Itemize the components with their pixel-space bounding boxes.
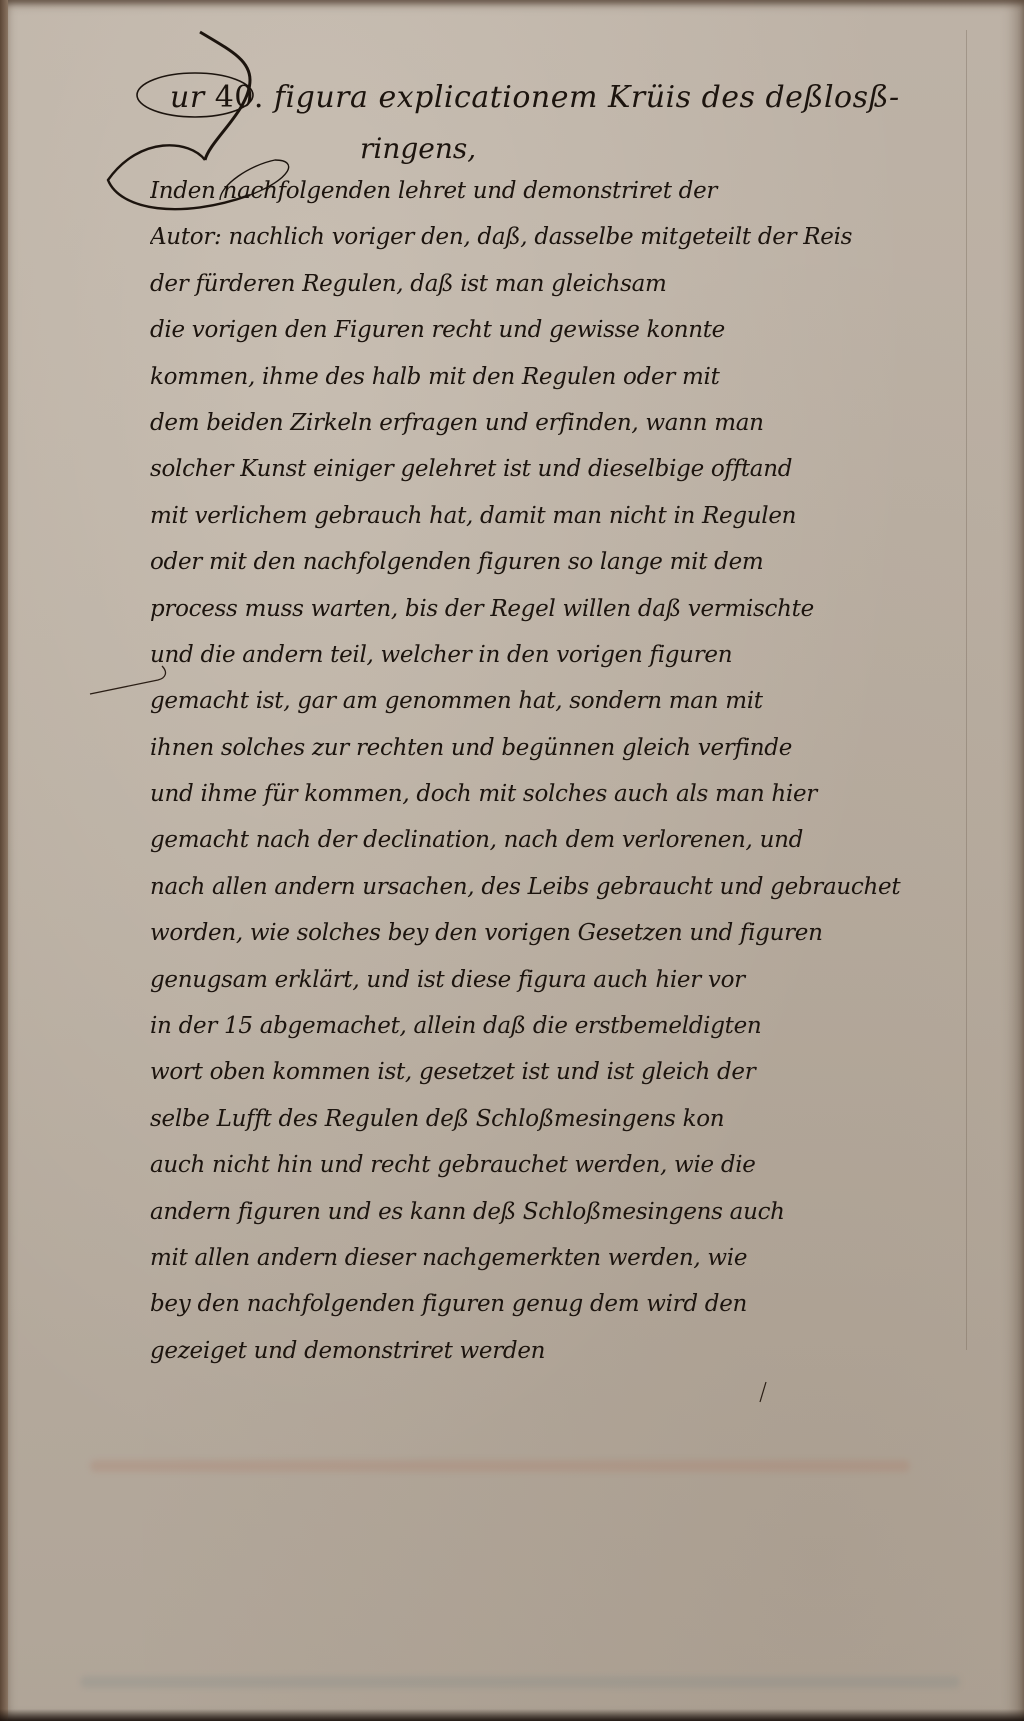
closing-stroke-mark [758,1380,768,1404]
water-stain [90,1460,910,1472]
text-line: dem beiden Zirkeln erfragen und erfinden… [150,400,970,446]
text-line: mit allen andern dieser nachgemerkten we… [150,1235,970,1281]
heading-continuation: ringens, [360,132,476,165]
heading-prefix: ur [170,80,215,115]
text-line: und die andern teil, welcher in den vori… [150,632,970,678]
text-line: auch nicht hin und recht gebrauchet werd… [150,1142,970,1188]
margin-pen-stroke [88,660,178,700]
text-line: andern figuren und es kann deß Schloßmes… [150,1189,970,1235]
text-line: oder mit den nachfolgenden figuren so la… [150,539,970,585]
text-line: ihnen solches zur rechten und begünnen g… [150,725,970,771]
figure-number: 40. [215,80,264,115]
text-line: nach allen andern ursachen, des Leibs ge… [150,864,970,910]
text-line: in der 15 abgemachet, allein daß die ers… [150,1003,970,1049]
text-line: mit verlichem gebrauch hat, damit man ni… [150,493,970,539]
text-line: bey den nachfolgenden figuren genug dem … [150,1281,970,1327]
text-line: die vorigen den Figuren recht und gewiss… [150,307,970,353]
page-bottom-edge [0,1709,1024,1721]
text-line: kommen, ihme des halb mit den Regulen od… [150,354,970,400]
text-line: process muss warten, bis der Regel wille… [150,586,970,632]
text-line: solcher Kunst einiger gelehret ist und d… [150,446,970,492]
heading-text: figura explicationem Krüis des deßlosß- [264,80,900,115]
text-line: Inden nachfolgenden lehret und demonstri… [150,168,970,214]
text-line: worden, wie solches bey den vorigen Gese… [150,910,970,956]
text-line: Autor: nachlich voriger den, daß, dassel… [150,214,970,260]
manuscript-page: ur 40. figura explicationem Krüis des de… [0,0,1024,1721]
page-heading: ur 40. figura explicationem Krüis des de… [170,80,950,115]
water-stain [80,1676,960,1688]
text-line: wort oben kommen ist, gesetzet ist und i… [150,1049,970,1095]
text-line: genugsam erklärt, und ist diese figura a… [150,957,970,1003]
text-line: gemacht nach der declination, nach dem v… [150,817,970,863]
text-line: der fürderen Regulen, daß ist man gleich… [150,261,970,307]
page-binding-edge [0,0,8,1721]
text-line: und ihme für kommen, doch mit solches au… [150,771,970,817]
text-line: gemacht ist, gar am genommen hat, sonder… [150,678,970,724]
text-line: selbe Lufft des Regulen deß Schloßmesing… [150,1096,970,1142]
text-line: gezeiget und demonstriret werden [150,1328,970,1374]
manuscript-body: Inden nachfolgenden lehret und demonstri… [150,168,970,1374]
